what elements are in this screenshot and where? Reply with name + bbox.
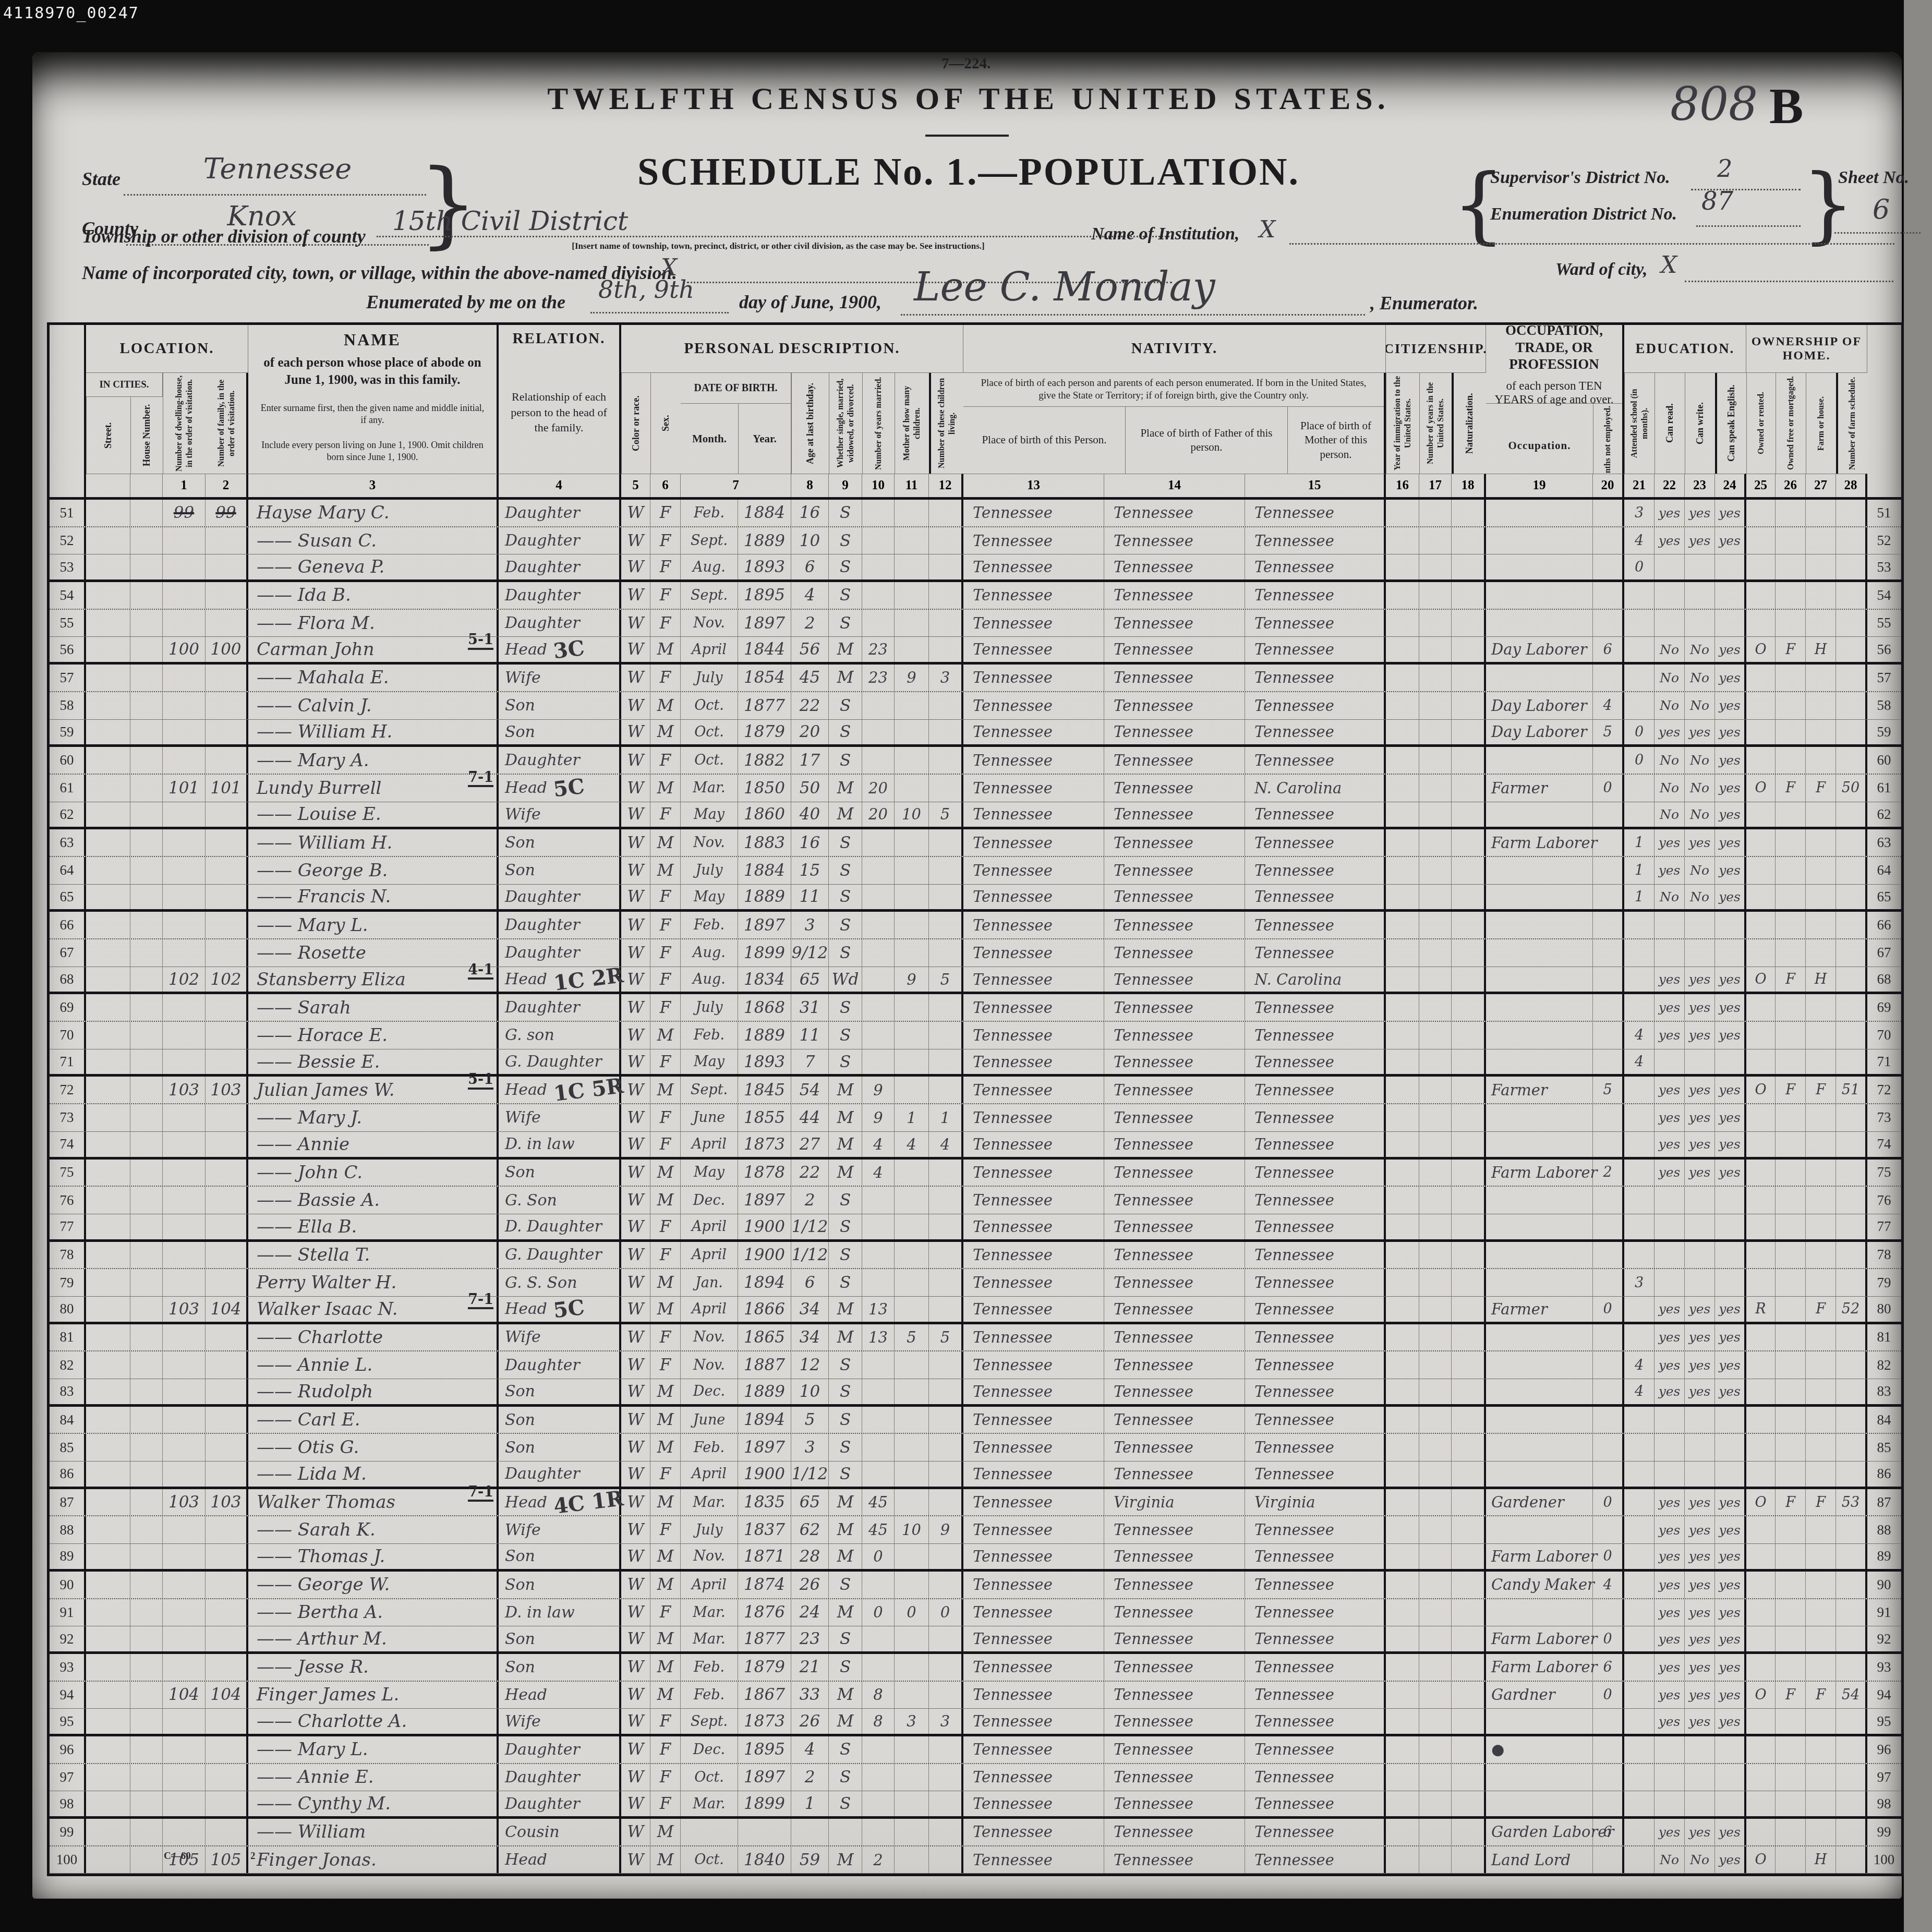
col-header-education: EDUCATION.	[1624, 325, 1746, 373]
cell-bpm: Tennessee	[1245, 1709, 1386, 1734]
cell-own	[1746, 582, 1776, 609]
cell-fam	[206, 1626, 248, 1651]
cell-yr: 1893	[738, 1049, 791, 1074]
cell-occ	[1486, 500, 1593, 526]
cell-imm	[1386, 1682, 1419, 1709]
cell-bp: Tennessee	[963, 1104, 1104, 1131]
cell-n: 100	[50, 1846, 86, 1874]
cell-yus	[1419, 747, 1452, 774]
cell-mne	[1593, 554, 1624, 579]
tally-mark: 5-1	[468, 633, 493, 649]
cell-c: W	[621, 554, 650, 579]
cell-street	[86, 1160, 130, 1186]
cell-age: 6	[791, 554, 829, 579]
cell-rel: Head3C	[499, 637, 621, 662]
cell-imm	[1386, 1132, 1419, 1157]
cell-ym: 2	[862, 1846, 895, 1874]
cell-yus	[1419, 1599, 1452, 1626]
cell-ms: S	[829, 1407, 862, 1433]
cell-rel: Wife	[499, 802, 621, 827]
cell-mb	[895, 1379, 929, 1404]
cell-fh	[1806, 1214, 1836, 1239]
cell-yr: 1877	[738, 1626, 791, 1651]
cell-occ	[1486, 1187, 1593, 1214]
cell-rel: Daughter	[499, 500, 621, 526]
cell-fam	[206, 720, 248, 745]
cell-age: 24	[791, 1599, 829, 1626]
cell-imm	[1386, 1324, 1419, 1351]
cell-own	[1746, 1544, 1776, 1569]
cell-fh	[1806, 1626, 1836, 1651]
cell-name: —— Flora M.	[248, 610, 499, 637]
cell-sch	[1624, 1764, 1655, 1791]
column-number-1: 1	[163, 474, 206, 497]
cell-fm: F	[1776, 1489, 1806, 1516]
cell-en	[1715, 1462, 1746, 1487]
cell-bpm: Tennessee	[1245, 1434, 1386, 1461]
cell-house	[130, 610, 163, 637]
cell-house	[130, 747, 163, 774]
cell-ml	[929, 1736, 963, 1763]
cell-yr: 1899	[738, 939, 791, 967]
cell-wr	[1685, 1242, 1715, 1269]
speak-english-header: Can speak English.	[1715, 373, 1746, 474]
cell-rel: Son	[499, 692, 621, 719]
cell-bpf: Tennessee	[1104, 1214, 1245, 1239]
cell-occ	[1486, 1132, 1593, 1157]
cell-sch	[1624, 1077, 1655, 1103]
cell-fh	[1806, 1791, 1836, 1816]
cell-name: —— William H.	[248, 829, 499, 856]
cell-street	[86, 775, 130, 802]
cell-en: yes	[1715, 1104, 1746, 1131]
cell-occ: Garden Laborer	[1486, 1819, 1593, 1845]
cell-bp: Tennessee	[963, 665, 1104, 691]
cell-yus	[1419, 1104, 1452, 1131]
cell-fs	[1836, 500, 1867, 526]
cell-sch	[1624, 1214, 1655, 1239]
cell-en: yes	[1715, 692, 1746, 719]
cell-c: W	[621, 885, 650, 910]
cell-mne	[1593, 527, 1624, 554]
cell-ym	[862, 582, 895, 609]
cell-fam	[206, 857, 248, 884]
cell-fm	[1776, 1462, 1806, 1487]
cell-nR: 52	[1867, 527, 1901, 554]
cell-s: F	[650, 1764, 681, 1791]
cell-fam	[206, 1572, 248, 1598]
cell-mo: Mar.	[681, 1599, 738, 1626]
cell-house	[130, 802, 163, 827]
cell-mb: 3	[895, 1709, 929, 1734]
cell-yr: 1897	[738, 1764, 791, 1791]
cell-en: yes	[1715, 1626, 1746, 1651]
cell-bpf: Tennessee	[1104, 720, 1245, 745]
cell-sch	[1624, 1160, 1655, 1186]
cell-sch	[1624, 1654, 1655, 1681]
cell-bp: Tennessee	[963, 527, 1104, 554]
cell-wr: yes	[1685, 500, 1715, 526]
cell-fh	[1806, 1351, 1836, 1379]
cell-dw	[163, 1434, 206, 1461]
cell-nat	[1452, 610, 1486, 637]
cell-fh	[1806, 1407, 1836, 1433]
cell-yus	[1419, 994, 1452, 1021]
cell-ym	[862, 1407, 895, 1433]
township-note: [Insert name of township, town, precinct…	[397, 241, 1159, 251]
cell-nat	[1452, 692, 1486, 719]
cell-fm	[1776, 1324, 1806, 1351]
cell-name: —— George W.	[248, 1572, 499, 1598]
birthplace-person-header: Place of birth of this Person.	[963, 407, 1126, 474]
cell-fs	[1836, 1462, 1867, 1487]
cell-mo: Oct.	[681, 747, 738, 774]
cell-fam: 99	[206, 500, 248, 526]
cell-n: 66	[50, 912, 86, 938]
col-header-occupation: OCCUPATION, TRADE, OR PROFESSION of each…	[1486, 325, 1624, 474]
cell-sch	[1624, 637, 1655, 662]
cell-mb	[895, 1626, 929, 1651]
cell-s: M	[650, 1379, 681, 1404]
cell-fs	[1836, 747, 1867, 774]
cell-imm	[1386, 747, 1419, 774]
cell-mo: April	[681, 1214, 738, 1239]
cell-dw	[163, 1022, 206, 1049]
cell-ym	[862, 500, 895, 526]
cell-fs	[1836, 554, 1867, 579]
cell-rel: Son	[499, 1654, 621, 1681]
cell-wr	[1685, 1214, 1715, 1239]
cell-occ	[1486, 554, 1593, 579]
cell-ym	[862, 554, 895, 579]
cell-imm	[1386, 1462, 1419, 1487]
cell-rel: Daughter	[499, 939, 621, 967]
cell-c: W	[621, 720, 650, 745]
farm-schedule-header: Number of farm schedule.	[1836, 373, 1867, 474]
age-header: Age at last birthday.	[791, 373, 829, 474]
cell-mo: Feb.	[681, 1654, 738, 1681]
cell-ms: S	[829, 1626, 862, 1651]
col-header-personal: PERSONAL DESCRIPTION.	[621, 325, 963, 373]
cell-ms: S	[829, 1434, 862, 1461]
cell-name: —— William H.	[248, 720, 499, 745]
cell-mne: 0	[1593, 1682, 1624, 1709]
cell-occ: Farmer	[1486, 1077, 1593, 1103]
cell-ms: S	[829, 1379, 862, 1404]
column-number-25: 25	[1746, 474, 1776, 497]
cell-s: M	[650, 1846, 681, 1874]
column-number-26: 26	[1776, 474, 1806, 497]
cell-s: M	[650, 1022, 681, 1049]
cell-fh	[1806, 1104, 1836, 1131]
cell-rel: Wife	[499, 1516, 621, 1543]
cell-imm	[1386, 1846, 1419, 1874]
cell-s: F	[650, 1324, 681, 1351]
column-number-23: 23	[1685, 474, 1715, 497]
cell-house	[130, 1297, 163, 1322]
cell-nR: 61	[1867, 775, 1901, 802]
cell-fm	[1776, 1846, 1806, 1874]
cell-bpm: Tennessee	[1245, 1160, 1386, 1186]
cell-en: yes	[1715, 802, 1746, 827]
cell-imm	[1386, 857, 1419, 884]
cell-nat	[1452, 1407, 1486, 1433]
cell-mne	[1593, 1791, 1624, 1816]
cell-ml: 5	[929, 967, 963, 992]
cell-en: yes	[1715, 994, 1746, 1021]
cell-s: M	[650, 1654, 681, 1681]
cell-bpf: Tennessee	[1104, 1791, 1245, 1816]
cell-mo: April	[681, 1572, 738, 1598]
cell-ym	[862, 1434, 895, 1461]
cell-own	[1746, 1736, 1776, 1763]
cell-n: 76	[50, 1187, 86, 1214]
cell-ml	[929, 554, 963, 579]
cell-own	[1746, 1599, 1776, 1626]
cell-c: W	[621, 1544, 650, 1569]
cell-fs	[1836, 967, 1867, 992]
cell-nat	[1452, 1791, 1486, 1816]
cell-age: 1	[791, 1791, 829, 1816]
cell-bp: Tennessee	[963, 912, 1104, 938]
cell-ms: S	[829, 747, 862, 774]
cell-wr	[1685, 1407, 1715, 1433]
cell-age: 27	[791, 1132, 829, 1157]
cell-street	[86, 1709, 130, 1734]
cell-bpf: Tennessee	[1104, 1599, 1245, 1626]
cell-mb	[895, 554, 929, 579]
cell-s: F	[650, 885, 681, 910]
cell-yus	[1419, 1022, 1452, 1049]
enumerator-signature: Lee C. Monday	[914, 263, 1215, 310]
cell-c: W	[621, 1626, 650, 1651]
cell-age: 26	[791, 1572, 829, 1598]
cell-s: F	[650, 610, 681, 637]
cell-c: W	[621, 1709, 650, 1734]
cell-ml	[929, 912, 963, 938]
cell-fm: F	[1776, 1682, 1806, 1709]
cell-bpm: Tennessee	[1245, 1764, 1386, 1791]
cell-ms: S	[829, 829, 862, 856]
column-number-14: 14	[1104, 474, 1245, 497]
cell-dw	[163, 1187, 206, 1214]
cell-house	[130, 1187, 163, 1214]
cell-rd: yes	[1655, 720, 1685, 745]
cell-imm	[1386, 1351, 1419, 1379]
cell-mb	[895, 1764, 929, 1791]
cell-age	[791, 1819, 829, 1845]
cell-own	[1746, 1242, 1776, 1269]
cell-ym	[862, 1791, 895, 1816]
cell-wr: yes	[1685, 1682, 1715, 1709]
cell-fs	[1836, 665, 1867, 691]
cell-name: —— Annie	[248, 1132, 499, 1157]
cell-fam	[206, 1187, 248, 1214]
cell-mo: Sept.	[681, 527, 738, 554]
attended-school-header: Attended school (in months).	[1624, 373, 1655, 474]
cell-ym: 13	[862, 1297, 895, 1322]
cell-en	[1715, 1764, 1746, 1791]
cell-dw	[163, 1572, 206, 1598]
cell-fam	[206, 1462, 248, 1487]
cell-bpm: Tennessee	[1245, 939, 1386, 967]
cell-fm	[1776, 1434, 1806, 1461]
cell-fh	[1806, 1736, 1836, 1763]
cell-bpm: Tennessee	[1245, 912, 1386, 938]
cell-street	[86, 582, 130, 609]
cell-yus	[1419, 1819, 1452, 1845]
cell-ml	[929, 1187, 963, 1214]
cell-house	[130, 1104, 163, 1131]
cell-nR: 99	[1867, 1819, 1901, 1845]
cell-ym: 45	[862, 1489, 895, 1516]
cell-fm	[1776, 1242, 1806, 1269]
column-number-19: 19	[1486, 474, 1593, 497]
cell-dw: 103	[163, 1297, 206, 1322]
cell-mne	[1593, 1599, 1624, 1626]
cell-s: F	[650, 1516, 681, 1543]
months-not-employed-header: Months not employed.	[1593, 404, 1622, 474]
cell-fm	[1776, 665, 1806, 691]
cell-sch: 1	[1624, 857, 1655, 884]
cell-age: 50	[791, 775, 829, 802]
cell-nR: 60	[1867, 747, 1901, 774]
cell-house	[130, 1242, 163, 1269]
cell-bpf: Tennessee	[1104, 747, 1245, 774]
cell-ym	[862, 610, 895, 637]
cell-c: W	[621, 1407, 650, 1433]
cell-fh	[1806, 829, 1836, 856]
cell-rel: Son	[499, 857, 621, 884]
cell-mo: Sept.	[681, 1709, 738, 1734]
cell-en	[1715, 1187, 1746, 1214]
table-row: 95—— Charlotte A.WifeWFSept.187326M833Te…	[50, 1709, 1901, 1736]
cell-en	[1715, 554, 1746, 579]
cell-fh	[1806, 1379, 1836, 1404]
cell-house	[130, 1214, 163, 1239]
cell-mb	[895, 1434, 929, 1461]
cell-own	[1746, 1764, 1776, 1791]
cell-ms: S	[829, 1572, 862, 1598]
cell-ml	[929, 994, 963, 1021]
cell-house	[130, 1846, 163, 1874]
cell-age: 16	[791, 829, 829, 856]
cell-fh: F	[1806, 1297, 1836, 1322]
cell-street	[86, 1132, 130, 1157]
cell-rd: No	[1655, 747, 1685, 774]
cell-yus	[1419, 1214, 1452, 1239]
cell-ml: 5	[929, 802, 963, 827]
cell-bpm: Tennessee	[1245, 1626, 1386, 1651]
cell-name: —— Francis N.	[248, 885, 499, 910]
cell-occ	[1486, 665, 1593, 691]
cell-sch	[1624, 1736, 1655, 1763]
cell-sch	[1624, 1709, 1655, 1734]
cell-c: W	[621, 802, 650, 827]
cell-dw	[163, 1462, 206, 1487]
cell-wr: No	[1685, 802, 1715, 827]
cell-c: W	[621, 1269, 650, 1296]
household-annotation: 1C 5R	[552, 1073, 625, 1106]
cell-bpm: Tennessee	[1245, 802, 1386, 827]
cell-mb	[895, 775, 929, 802]
cell-nat	[1452, 939, 1486, 967]
cell-own	[1746, 554, 1776, 579]
cell-fam	[206, 1819, 248, 1845]
cell-occ: Gardener	[1486, 1489, 1593, 1516]
cell-s: F	[650, 1599, 681, 1626]
cell-c: W	[621, 1297, 650, 1322]
table-row: 70—— Horace E.G. sonWMFeb.188911STenness…	[50, 1022, 1901, 1049]
cell-n: 78	[50, 1242, 86, 1269]
institution-label: Name of Institution,	[1091, 224, 1239, 244]
cell-ym	[862, 1626, 895, 1651]
cell-age: 1/12	[791, 1462, 829, 1487]
cell-yr: 1883	[738, 829, 791, 856]
cell-dw	[163, 692, 206, 719]
cell-wr	[1685, 912, 1715, 938]
cell-yus	[1419, 1242, 1452, 1269]
cell-wr	[1685, 1736, 1715, 1763]
cell-rd	[1655, 1049, 1685, 1074]
cell-dw: 104	[163, 1682, 206, 1709]
cell-wr: yes	[1685, 1654, 1715, 1681]
cell-imm	[1386, 1049, 1419, 1074]
cell-fam: 102	[206, 967, 248, 992]
table-row: 98—— Cynthy M.DaughterWFMar.18991STennes…	[50, 1791, 1901, 1819]
cell-name: Lundy Burrell7-1	[248, 775, 499, 802]
cell-mb	[895, 1077, 929, 1103]
table-row: 55—— Flora M.DaughterWFNov.18972STenness…	[50, 610, 1901, 637]
cell-street	[86, 1736, 130, 1763]
cell-imm	[1386, 1626, 1419, 1651]
cell-mo: April	[681, 1462, 738, 1487]
cell-wr: No	[1685, 747, 1715, 774]
cell-name: Finger Jonas.	[248, 1846, 499, 1874]
cell-house	[130, 912, 163, 938]
cell-rel: Son	[499, 1544, 621, 1569]
cell-occ	[1486, 1104, 1593, 1131]
cell-mo: Feb.	[681, 500, 738, 526]
cell-mne	[1593, 665, 1624, 691]
cell-c: W	[621, 1351, 650, 1379]
cell-mb	[895, 1791, 929, 1816]
cell-ml	[929, 692, 963, 719]
cell-fam	[206, 582, 248, 609]
cell-fh	[1806, 1516, 1836, 1543]
cell-imm	[1386, 637, 1419, 662]
cell-bpm: Tennessee	[1245, 1544, 1386, 1569]
cell-mo: April	[681, 637, 738, 662]
household-annotation: 5C	[552, 1295, 586, 1323]
cell-dw: 102	[163, 967, 206, 992]
cell-s: F	[650, 1214, 681, 1239]
cell-ml	[929, 1049, 963, 1074]
cell-bpm: Tennessee	[1245, 1049, 1386, 1074]
cell-ml	[929, 1489, 963, 1516]
cell-fm	[1776, 1351, 1806, 1379]
cell-bpf: Tennessee	[1104, 1324, 1245, 1351]
cell-imm	[1386, 610, 1419, 637]
cell-fs	[1836, 1654, 1867, 1681]
cell-nR: 66	[1867, 912, 1901, 938]
state-line	[124, 194, 426, 196]
institution-line	[1289, 243, 1894, 245]
cell-mne: 0	[1593, 1544, 1624, 1569]
cell-own	[1746, 1269, 1776, 1296]
cell-fam	[206, 1654, 248, 1681]
column-number-22: 22	[1655, 474, 1685, 497]
